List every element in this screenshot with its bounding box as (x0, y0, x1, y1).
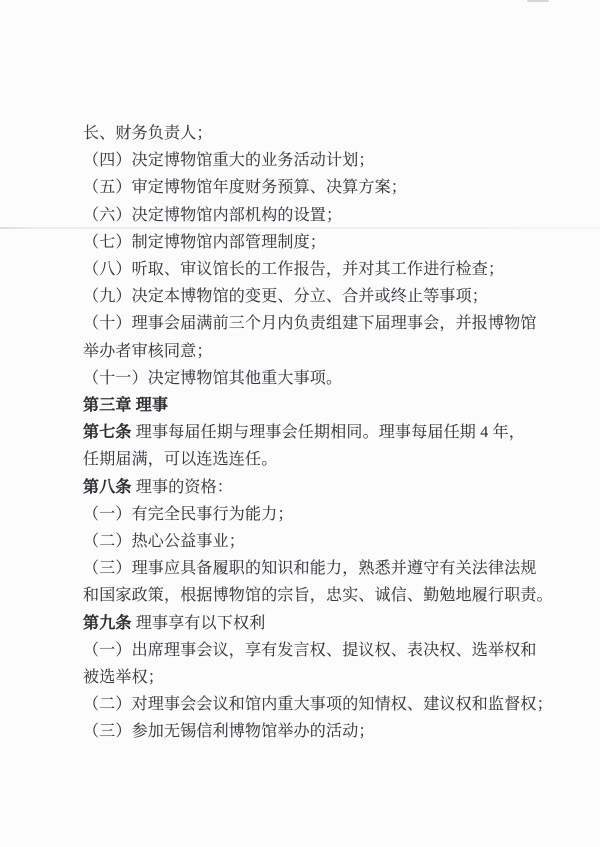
body-text: 被选举权； (83, 669, 164, 686)
body-text: 任期届满，可以连选连任。 (83, 451, 277, 468)
body-text: （九）决定本博物馆的变更、分立、合并或终止等事项； (83, 288, 488, 305)
text-line: （二）对理事会会议和馆内重大事项的知情权、建议权和监督权； (83, 691, 553, 718)
text-line: 被选举权； (83, 664, 553, 691)
text-line: 举办者审核同意； (83, 338, 553, 365)
body-text: （四）决定博物馆重大的业务活动计划； (83, 152, 375, 169)
text-line: （一）有完全民事行为能力； (83, 501, 553, 528)
text-line: （二）热心公益事业； (83, 528, 553, 555)
body-text: （三）理事应具备履职的知识和能力，熟悉并遵守有关法律法规 (83, 560, 537, 577)
text-line: （七）制定博物馆内部管理制度； (83, 229, 553, 256)
document-page: 长、财务负责人；（四）决定博物馆重大的业务活动计划；（五）审定博物馆年度财务预算… (0, 0, 600, 847)
body-text: 长、财务负责人； (83, 125, 213, 142)
text-line: 和国家政策，根据博物馆的宗旨，忠实、诚信、勤勉地履行职责。 (83, 582, 553, 609)
body-text: （十）理事会届满前三个月内负责组建下届理事会，并报博物馆 (83, 315, 537, 332)
body-text: 和国家政策，根据博物馆的宗旨，忠实、诚信、勤勉地履行职责。 (83, 587, 553, 604)
text-line: （三）参加无锡信利博物馆举办的活动； (83, 718, 553, 745)
body-text: （七）制定博物馆内部管理制度； (83, 234, 326, 251)
body-text: （五）审定博物馆年度财务预算、决算方案； (83, 179, 407, 196)
heading-text: 第三章 理事 (83, 397, 168, 414)
text-line: 第三章 理事 (83, 392, 553, 419)
heading-text: 第九条 (83, 615, 132, 632)
body-text: （十一）决定博物馆其他重大事项。 (83, 370, 342, 387)
text-line: （十）理事会届满前三个月内负责组建下届理事会，并报博物馆 (83, 310, 553, 337)
body-text: （六）决定博物馆内部机构的设置； (83, 207, 342, 224)
text-line: （三）理事应具备履职的知识和能力，熟悉并遵守有关法律法规 (83, 555, 553, 582)
text-line: 第七条 理事每届任期与理事会任期相同。理事每届任期 4 年， (83, 419, 553, 446)
text-line: 任期届满，可以连选连任。 (83, 446, 553, 473)
text-line: （八）听取、审议馆长的工作报告，并对其工作进行检查； (83, 256, 553, 283)
text-line: 第九条 理事享有以下权利 (83, 610, 553, 637)
text-line: 第八条 理事的资格： (83, 474, 553, 501)
scan-artifact-top-mark (527, 0, 549, 2)
body-text: 理事的资格： (132, 479, 233, 496)
text-line: （十一）决定博物馆其他重大事项。 (83, 365, 553, 392)
text-line: （四）决定博物馆重大的业务活动计划； (83, 147, 553, 174)
heading-text: 第七条 (83, 424, 132, 441)
body-text: （三）参加无锡信利博物馆举办的活动； (83, 723, 375, 740)
text-line: （六）决定博物馆内部机构的设置； (83, 202, 553, 229)
body-text: 理事享有以下权利 (132, 615, 266, 632)
body-text: 理事每届任期与理事会任期相同。理事每届任期 4 年， (132, 424, 525, 441)
text-line: 长、财务负责人； (83, 120, 553, 147)
body-text: （一）有完全民事行为能力； (83, 506, 294, 523)
body-text: （八）听取、审议馆长的工作报告，并对其工作进行检查； (83, 261, 504, 278)
text-line: （五）审定博物馆年度财务预算、决算方案； (83, 174, 553, 201)
heading-text: 第八条 (83, 479, 132, 496)
body-text: （一）出席理事会议，享有发言权、提议权、表决权、选举权和 (83, 642, 537, 659)
text-line: （九）决定本博物馆的变更、分立、合并或终止等事项； (83, 283, 553, 310)
text-line: （一）出席理事会议，享有发言权、提议权、表决权、选举权和 (83, 637, 553, 664)
body-text: （二）对理事会会议和馆内重大事项的知情权、建议权和监督权； (83, 696, 553, 713)
body-text: （二）热心公益事业； (83, 533, 245, 550)
document-text-block: 长、财务负责人；（四）决定博物馆重大的业务活动计划；（五）审定博物馆年度财务预算… (83, 120, 553, 746)
body-text: 举办者审核同意； (83, 343, 213, 360)
